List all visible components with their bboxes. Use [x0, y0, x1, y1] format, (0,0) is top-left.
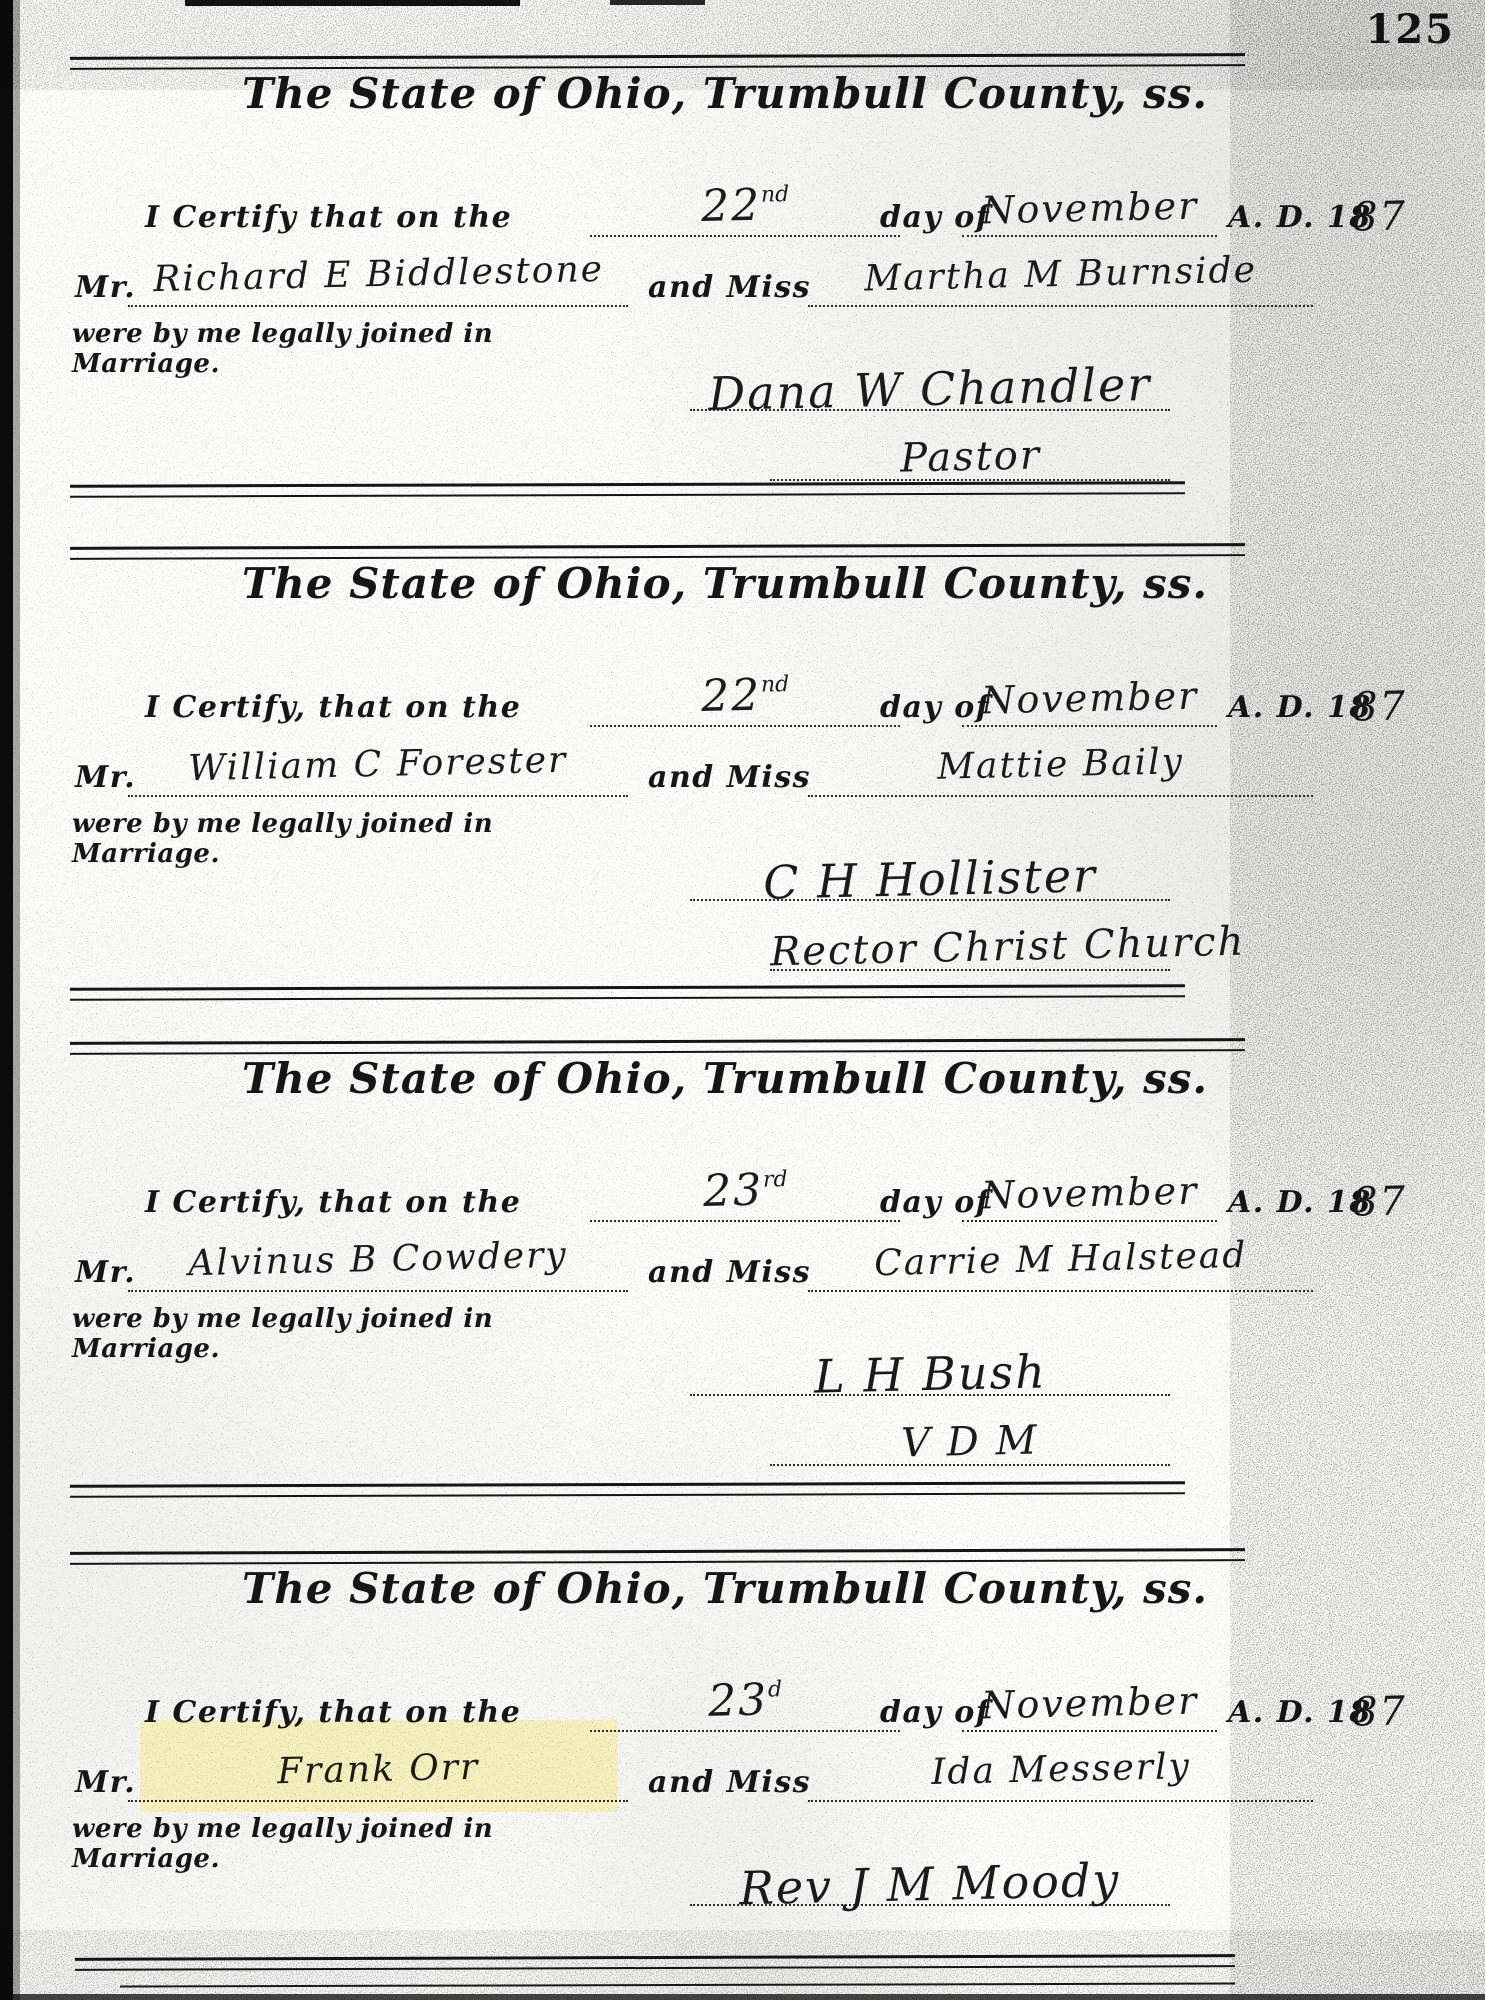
certify-row: I Certify, that on the 23d day of Novemb… — [0, 1674, 1485, 1732]
officiant-signature: C H Hollister — [763, 848, 1098, 910]
certify-row: I Certify that on the 22nd day of Novemb… — [0, 179, 1485, 237]
divider-rule — [70, 1038, 1245, 1055]
ad-label: A. D. 18 — [1228, 690, 1372, 725]
groom-field: Alvinus B Cowdery — [128, 1232, 628, 1292]
day-field: 23d — [590, 1668, 900, 1732]
bride-name: Ida Messerly — [930, 1746, 1191, 1793]
scan-bottom-edge-artifact — [0, 1994, 1485, 2000]
day-value: 23rd — [702, 1164, 788, 1217]
divider-rule — [70, 543, 1245, 560]
ad-label: A. D. 18 — [1228, 1695, 1372, 1730]
couple-row: Mr. William C Forester and Miss Mattie B… — [0, 741, 1485, 797]
bride-name: Martha M Burnside — [864, 250, 1258, 300]
entry-header: The State of Ohio, Trumbull County, ss. — [105, 559, 1345, 608]
year-value: 87 — [1352, 1178, 1408, 1225]
month-value: November — [981, 1679, 1199, 1728]
officiant-title: V D M — [901, 1417, 1039, 1466]
groom-field: Richard E Biddlestone — [128, 247, 628, 307]
ad-label: A. D. 18 — [1228, 1185, 1372, 1220]
day-ordinal: rd — [762, 1167, 787, 1193]
officiant-title-field: V D M — [770, 1412, 1170, 1466]
groom-name: William C Forester — [188, 740, 568, 790]
marriage-record-entry: The State of Ohio, Trumbull County, ss. … — [0, 1040, 1485, 1492]
officiant-signature: L H Bush — [813, 1344, 1047, 1403]
bride-name: Carrie M Halstead — [874, 1235, 1248, 1284]
month-field: November — [962, 179, 1217, 237]
month-field: November — [962, 1164, 1217, 1222]
day-value: 22nd — [700, 179, 789, 232]
day-ordinal: d — [768, 1677, 783, 1702]
officiant-title-field: Pastor — [770, 427, 1170, 481]
couple-row: Mr. Frank Orr and Miss Ida Messerly — [0, 1746, 1485, 1802]
day-value: 23d — [708, 1674, 783, 1727]
and-miss-label: and Miss — [648, 1255, 811, 1290]
month-value: November — [981, 184, 1199, 233]
day-ordinal: nd — [761, 182, 790, 208]
entry-header: The State of Ohio, Trumbull County, ss. — [105, 1054, 1345, 1103]
entry-header: The State of Ohio, Trumbull County, ss. — [105, 1564, 1345, 1613]
officiant-title-field: Rector Christ Church — [770, 917, 1170, 971]
bride-field: Ida Messerly — [808, 1742, 1313, 1802]
joined-in-marriage-line: were by me legally joined in Marriage. — [72, 1814, 592, 1874]
entry-header: The State of Ohio, Trumbull County, ss. — [105, 69, 1345, 118]
marriage-record-scan-page: 125 The State of Ohio, Trumbull County, … — [0, 0, 1485, 2000]
day-ordinal: nd — [761, 672, 790, 698]
officiant-signature-field: Rev J M Moody — [690, 1850, 1170, 1906]
year-value: 87 — [1352, 683, 1408, 730]
certify-row: I Certify, that on the 22nd day of Novem… — [0, 669, 1485, 727]
couple-row: Mr. Alvinus B Cowdery and Miss Carrie M … — [0, 1236, 1485, 1292]
divider-rule — [70, 481, 1185, 498]
officiant-signature-field: L H Bush — [690, 1340, 1170, 1396]
and-miss-label: and Miss — [648, 760, 811, 795]
certify-label: I Certify, that on the — [145, 1185, 521, 1220]
divider-rule — [120, 1983, 1235, 1988]
officiant-signature-field: C H Hollister — [690, 845, 1170, 901]
bride-name: Mattie Baily — [937, 741, 1185, 788]
couple-row: Mr. Richard E Biddlestone and Miss Marth… — [0, 251, 1485, 307]
marriage-record-entry: The State of Ohio, Trumbull County, ss. … — [0, 1550, 1485, 1965]
certify-label: I Certify, that on the — [145, 1695, 521, 1730]
officiant-title: Pastor — [899, 432, 1041, 481]
month-field: November — [962, 669, 1217, 727]
scan-left-edge-artifact — [0, 0, 13, 2000]
day-value: 22nd — [700, 669, 789, 722]
year-value: 87 — [1352, 193, 1408, 240]
marriage-record-entry: The State of Ohio, Trumbull County, ss. … — [0, 55, 1485, 492]
joined-in-marriage-line: were by me legally joined in Marriage. — [72, 319, 592, 379]
officiant-signature-field: Dana W Chandler — [690, 355, 1170, 411]
officiant-signature: Dana W Chandler — [708, 357, 1152, 421]
bride-field: Martha M Burnside — [808, 247, 1313, 307]
month-value: November — [981, 1169, 1199, 1218]
groom-field: William C Forester — [128, 737, 628, 797]
and-miss-label: and Miss — [648, 270, 811, 305]
groom-name: Alvinus B Cowdery — [188, 1235, 568, 1285]
page-number: 125 — [1366, 6, 1456, 53]
divider-rule — [70, 984, 1185, 1001]
marriage-record-entry: The State of Ohio, Trumbull County, ss. … — [0, 545, 1485, 995]
day-field: 22nd — [590, 663, 900, 727]
certify-label: I Certify that on the — [145, 200, 512, 235]
scan-left-edge-artifact-soft — [13, 0, 20, 2000]
officiant-signature: Rev J M Moody — [739, 1853, 1121, 1916]
groom-name: Frank Orr — [277, 1747, 480, 1793]
scan-top-mark — [185, 0, 520, 6]
day-field: 23rd — [590, 1158, 900, 1222]
bride-field: Carrie M Halstead — [808, 1232, 1313, 1292]
certify-row: I Certify, that on the 23rd day of Novem… — [0, 1164, 1485, 1222]
month-field: November — [962, 1674, 1217, 1732]
and-miss-label: and Miss — [648, 1765, 811, 1800]
groom-name: Richard E Biddlestone — [152, 249, 604, 300]
year-value: 87 — [1352, 1688, 1408, 1735]
ad-label: A. D. 18 — [1228, 200, 1372, 235]
officiant-title: Rector Christ Church — [770, 919, 1246, 976]
certify-label: I Certify, that on the — [145, 690, 521, 725]
joined-in-marriage-line: were by me legally joined in Marriage. — [72, 809, 592, 869]
joined-in-marriage-line: were by me legally joined in Marriage. — [72, 1304, 592, 1364]
divider-rule — [70, 1548, 1245, 1565]
day-field: 22nd — [590, 173, 900, 237]
month-value: November — [981, 674, 1199, 723]
groom-field: Frank Orr — [128, 1742, 628, 1802]
bride-field: Mattie Baily — [808, 737, 1313, 797]
divider-rule — [70, 1481, 1185, 1498]
scan-top-mark — [610, 0, 705, 5]
divider-rule — [70, 53, 1245, 70]
